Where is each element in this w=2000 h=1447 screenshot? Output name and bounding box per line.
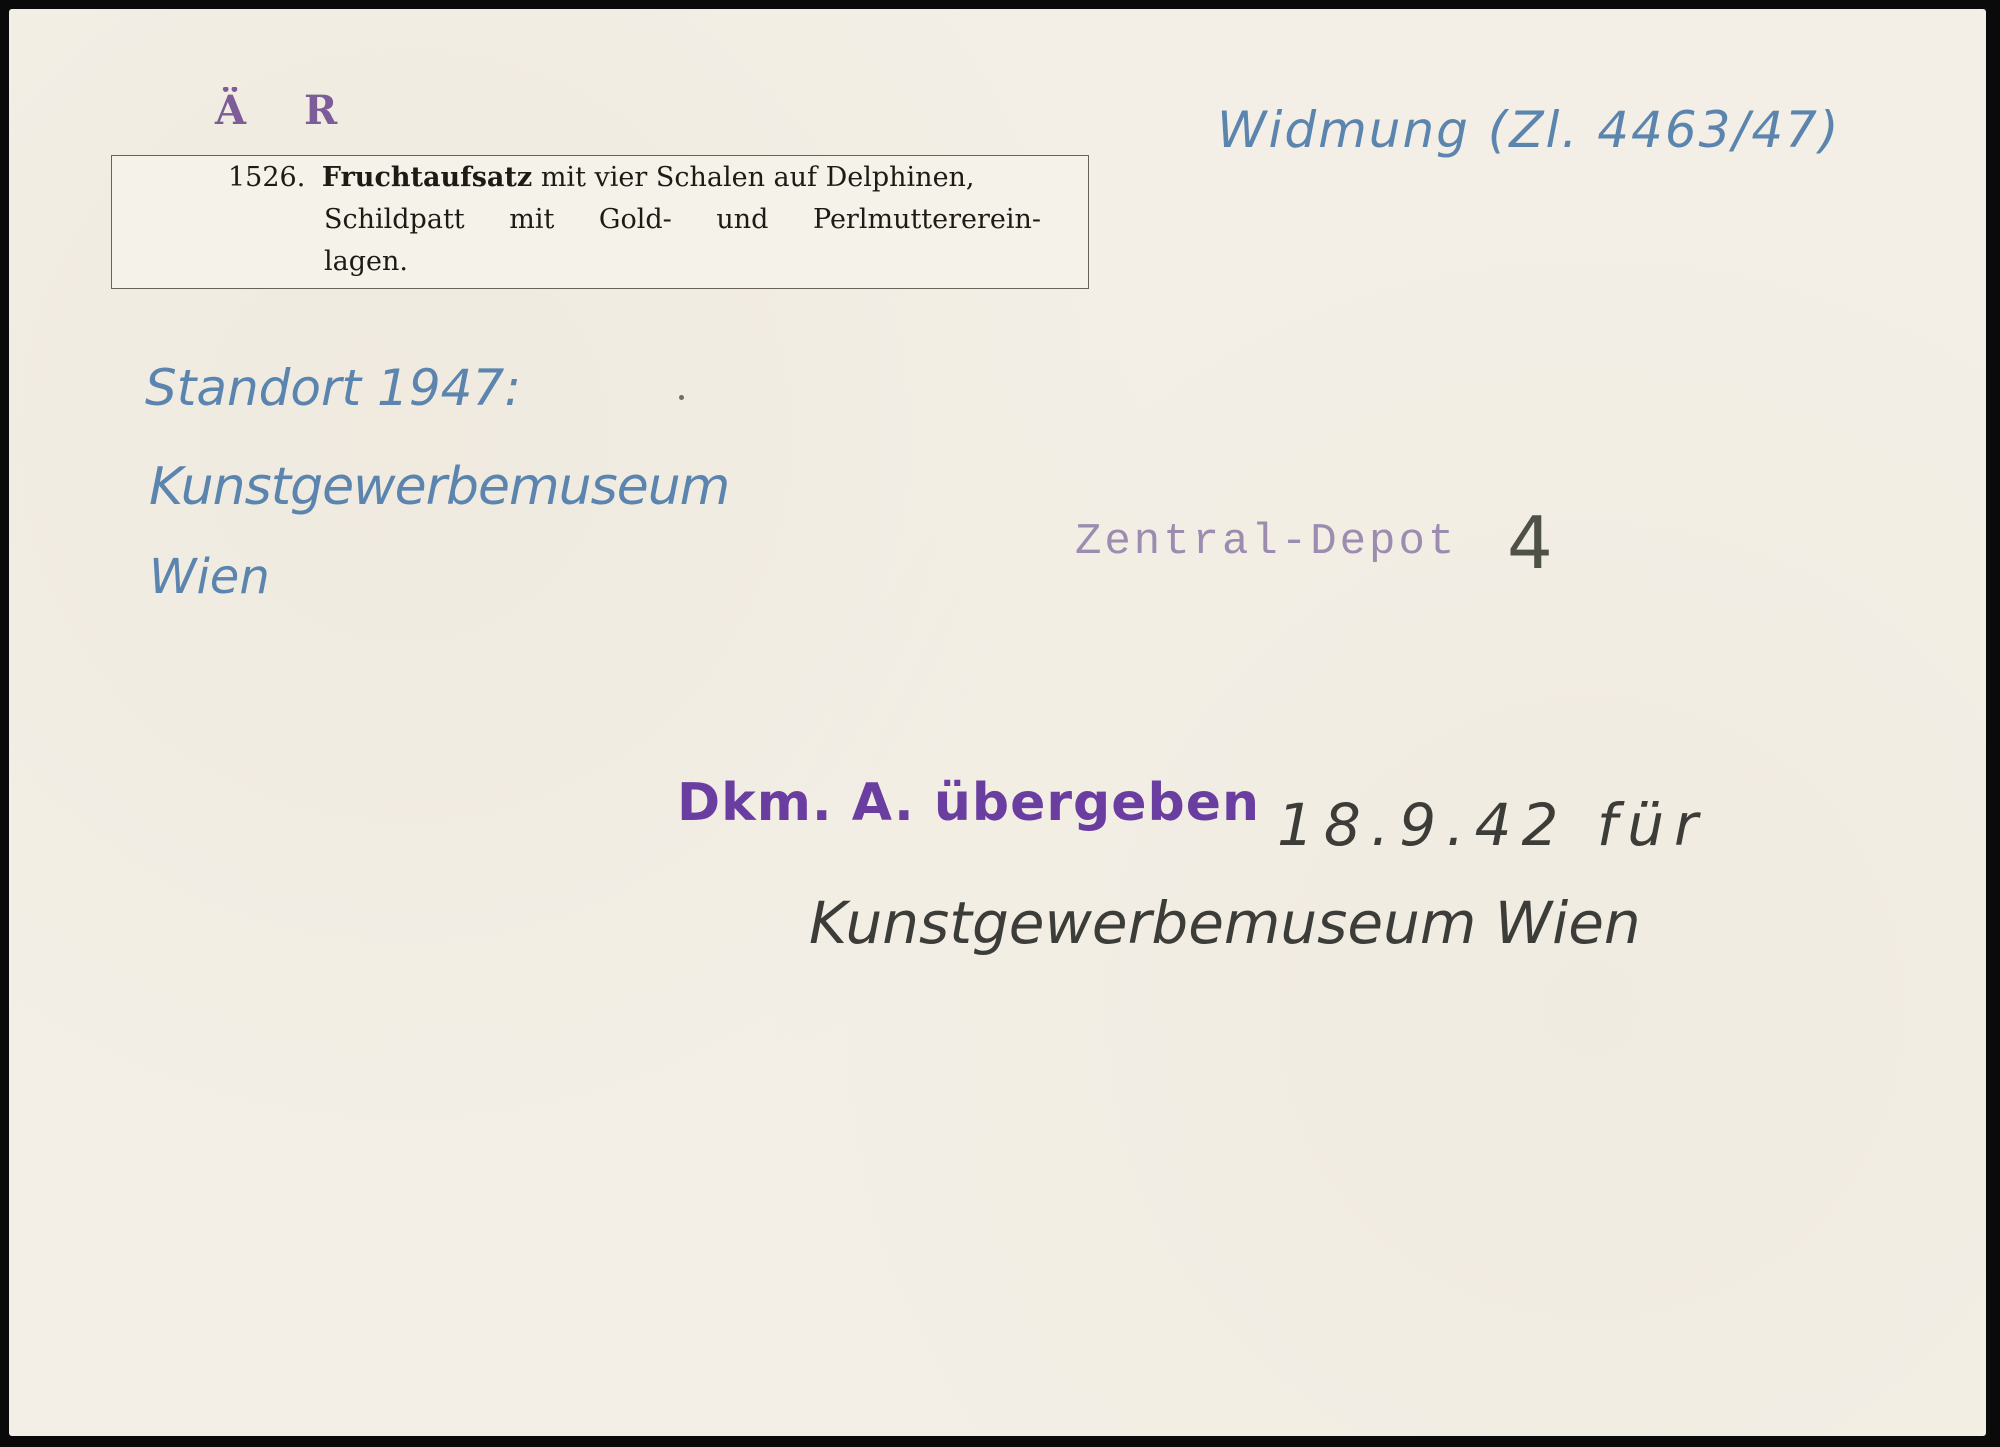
label-line-2: Schildpatt mit Gold- und Perlmuttererein… xyxy=(324,204,1041,235)
catalog-number: 1526. xyxy=(228,162,305,193)
standort-location-2: Wien xyxy=(149,549,270,605)
initials-stamp: Ä R xyxy=(215,87,359,134)
widmung-note: Widmung (Zl. 4463/47) xyxy=(1217,101,1840,159)
ink-speck xyxy=(679,395,684,400)
handover-stamp: Dkm. A. übergeben xyxy=(677,773,1260,833)
standort-location-1: Kunstgewerbemuseum xyxy=(149,457,729,517)
depot-stamp: Zentral-Depot xyxy=(1075,517,1457,567)
archive-card: Ä R 1526. Fruchtaufsatz mit vier Schalen… xyxy=(9,9,1986,1436)
pasted-catalog-label: 1526. Fruchtaufsatz mit vier Schalen auf… xyxy=(111,155,1089,289)
standort-heading: Standort 1947: xyxy=(145,359,521,417)
label-line-3: lagen. xyxy=(324,246,408,277)
depot-number: 4 xyxy=(1507,501,1553,585)
label-line-1: 1526. Fruchtaufsatz mit vier Schalen auf… xyxy=(228,162,975,193)
handover-date: 18.9.42 für xyxy=(1277,791,1708,859)
catalog-title: Fruchtaufsatz xyxy=(322,162,532,193)
catalog-description-1: mit vier Schalen auf Delphinen, xyxy=(541,162,975,193)
handover-recipient: Kunstgewerbemuseum Wien xyxy=(809,889,1641,957)
